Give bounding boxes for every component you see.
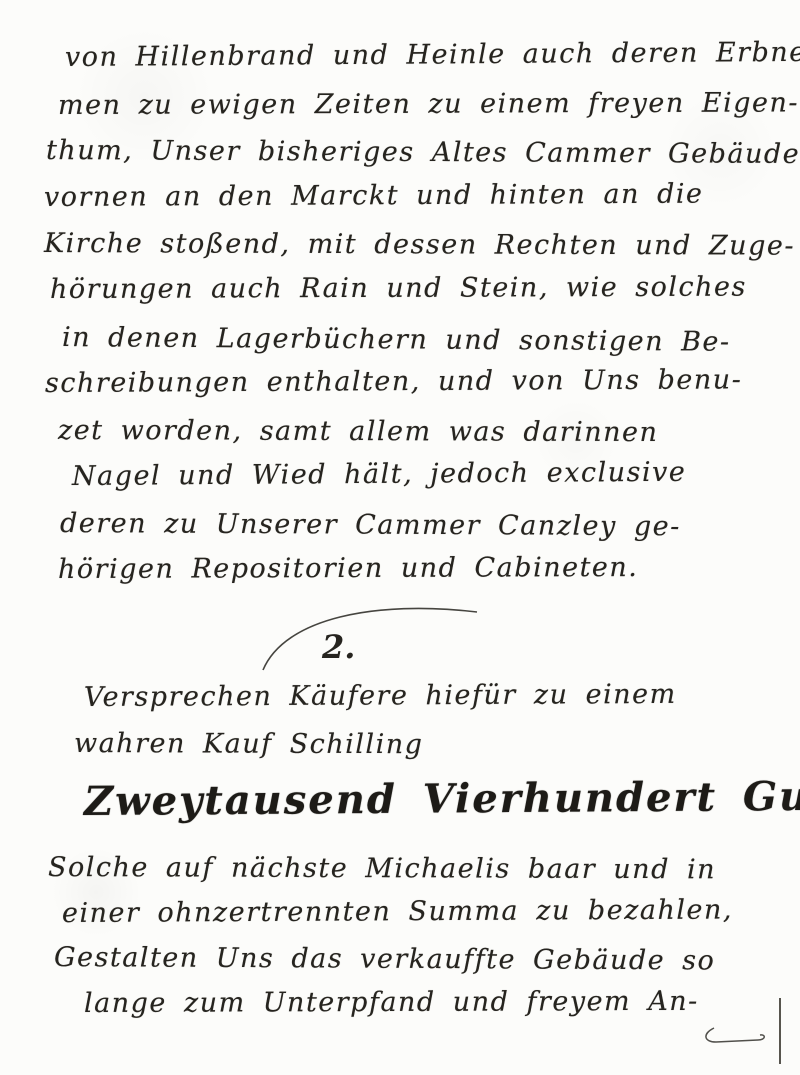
handwritten-line: zet worden, samt allem was darinnen [58,415,659,448]
purchase-sum-line: Zweytausend Vierhundert Gulden rhl: [84,771,800,825]
handwritten-line: wahren Kauf Schilling [74,728,424,760]
handwritten-line: Solche auf nächste Michaelis baar und in [48,852,716,885]
section-flourish-stroke [255,598,485,678]
scan-edge-line [779,998,781,1064]
handwritten-line: lange zum Unterpfand und freyem An- [84,986,699,1019]
handwritten-line: deren zu Unserer Cammer Canzley ge- [60,508,681,542]
handwritten-line: hörungen auch Rain und Stein, wie solche… [50,272,747,305]
handwritten-line: men zu ewigen Zeiten zu einem freyen Eig… [58,87,799,121]
handwritten-line: in denen Lagerbüchern und sonstigen Be- [62,322,731,358]
handwritten-line: thum, Unser bisheriges Altes Cammer Gebä… [46,135,800,170]
section-number: 2. [322,628,355,666]
custos-squiggle-mark [700,1022,775,1052]
handwritten-line: schreibungen enthalten, und von Uns benu… [45,364,742,399]
handwritten-line: Versprechen Käufere hiefür zu einem [84,679,677,713]
manuscript-page: von Hillenbrand und Heinle auch deren Er… [0,0,800,1075]
handwritten-line: vornen an den Marckt und hinten an die [44,179,704,213]
handwritten-line: von Hillenbrand und Heinle auch deren Er… [65,37,800,73]
handwritten-line: Nagel und Wied hält, jedoch exclusive [72,457,687,492]
handwritten-line: hörigen Repositorien und Cabineten. [58,552,638,585]
handwritten-line: Kirche stoßend, mit dessen Rechten und Z… [44,228,795,262]
handwritten-line: einer ohnzertrennten Summa zu bezahlen, [62,894,733,929]
handwritten-line: Gestalten Uns das verkauffte Gebäude so [54,942,715,976]
